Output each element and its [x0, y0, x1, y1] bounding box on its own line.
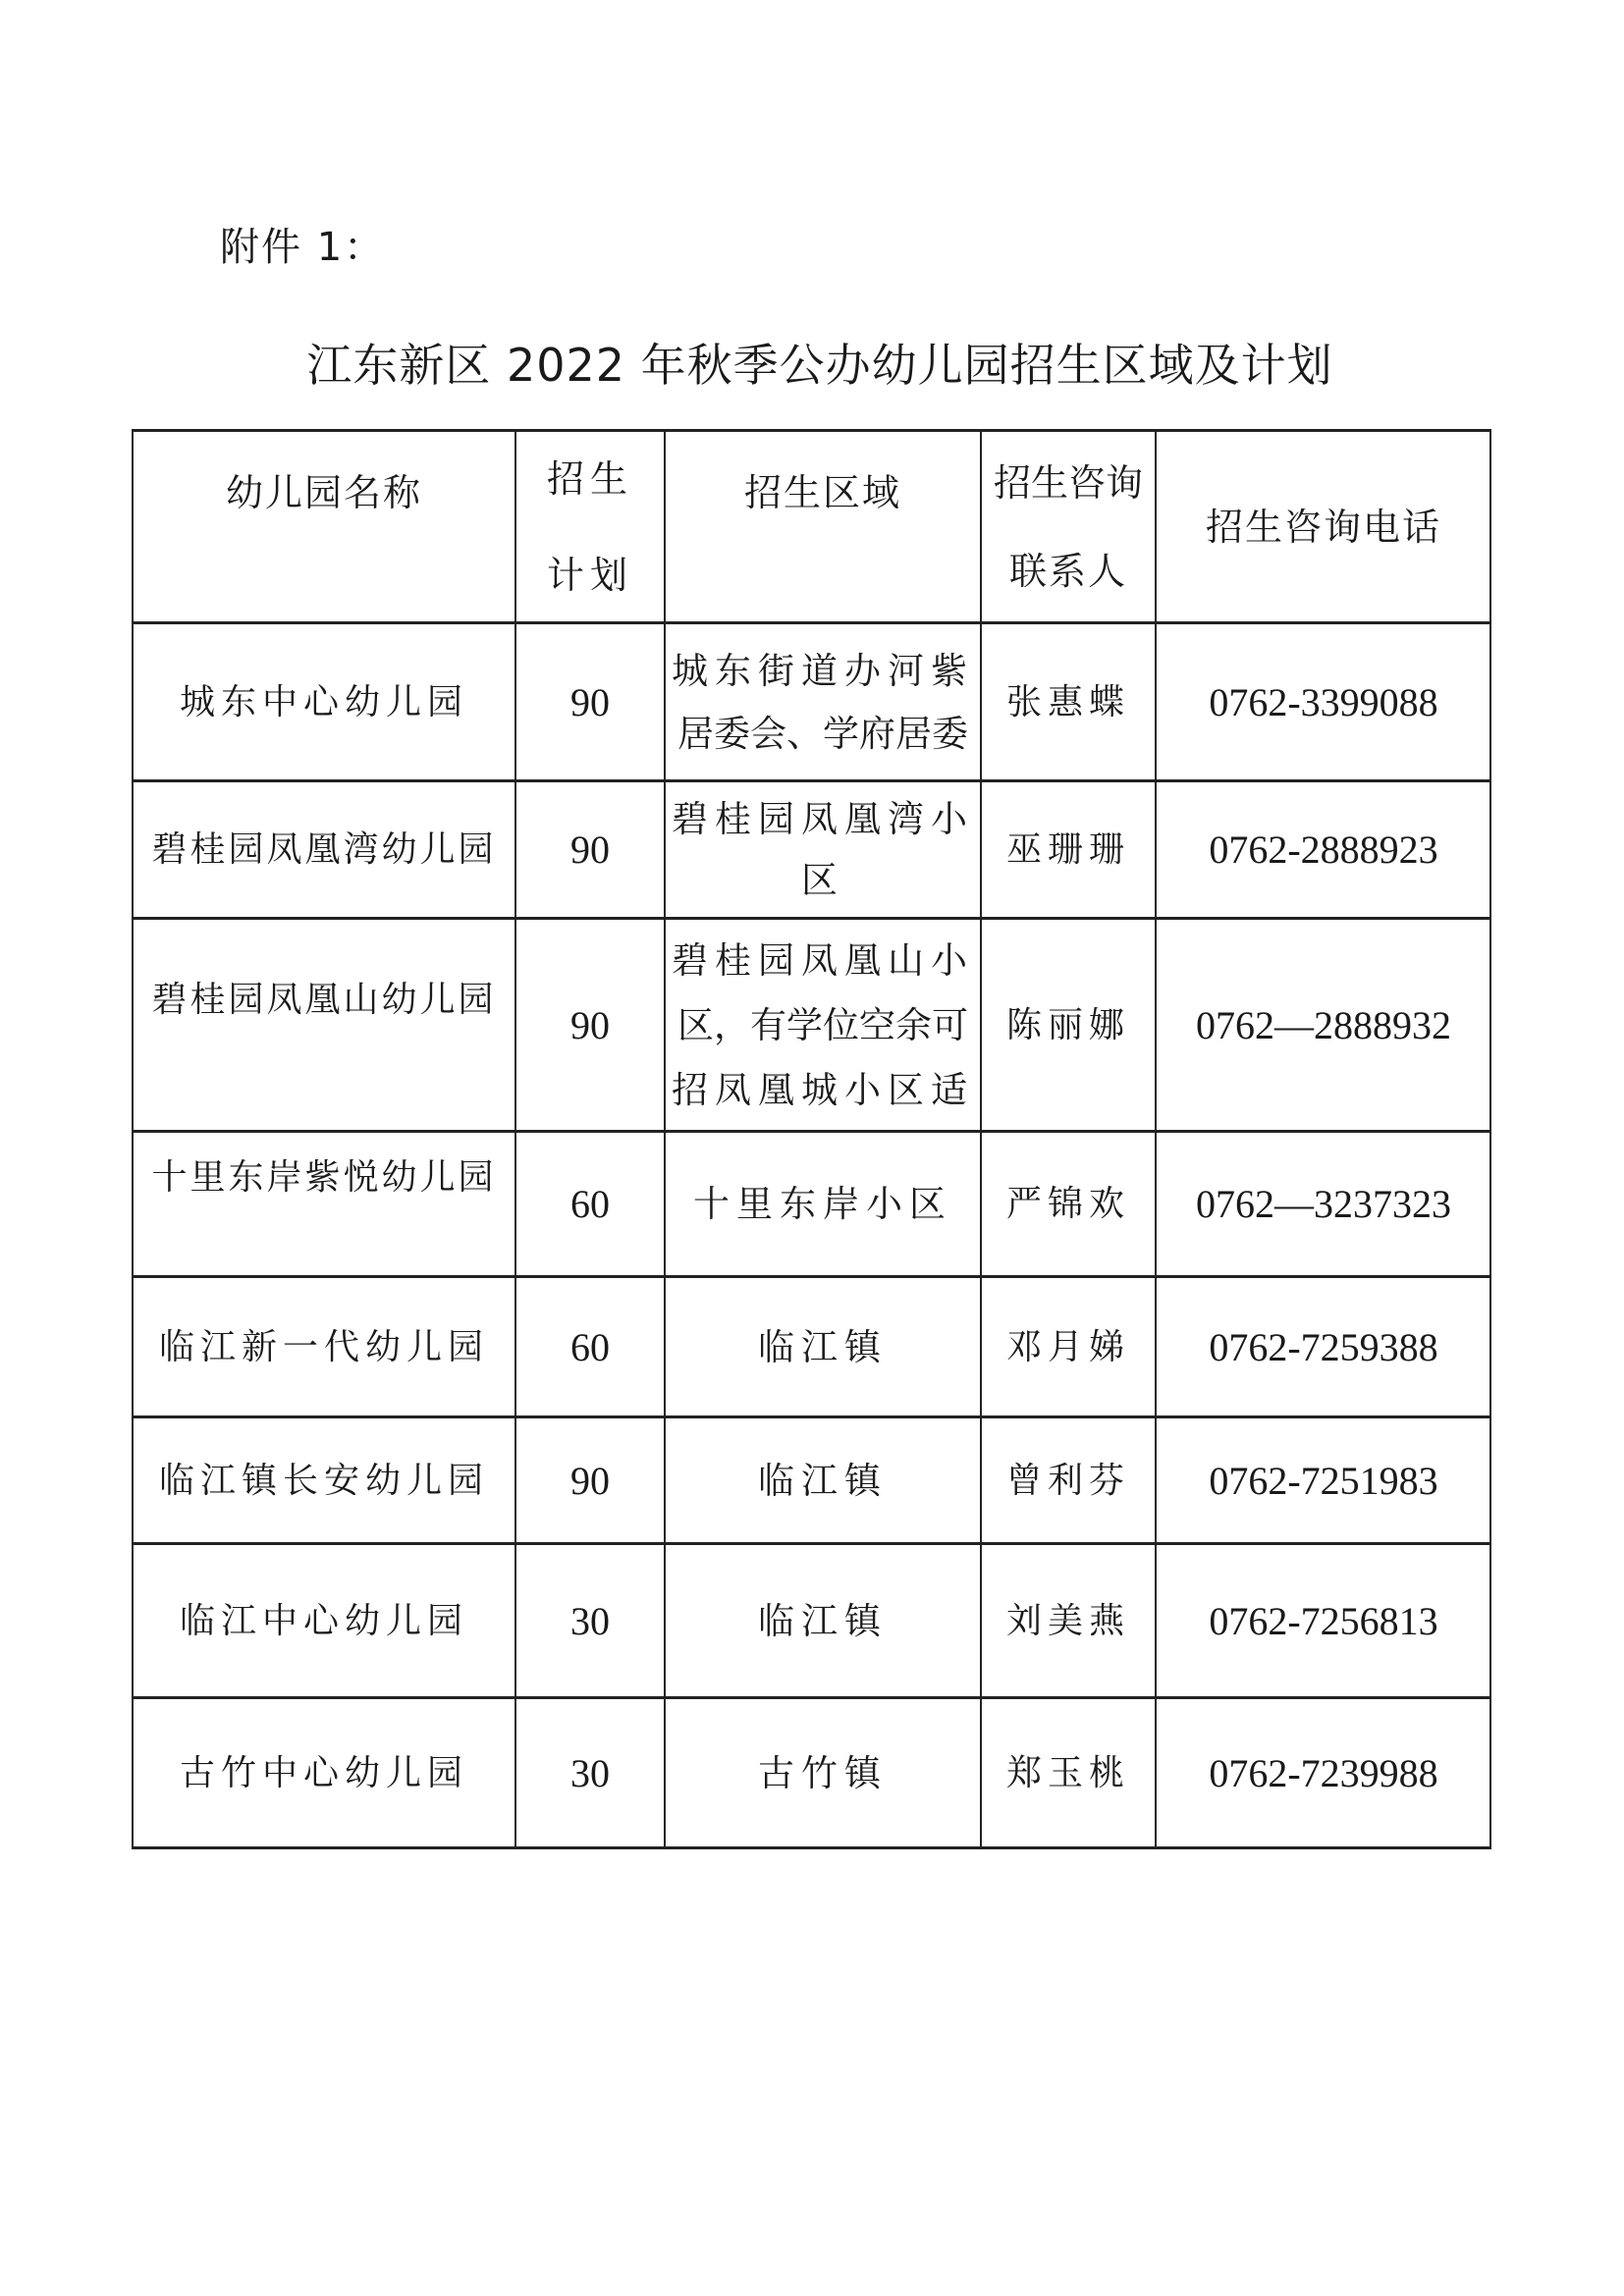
table-row-2-area: 碧桂园凤凰湾小 区 — [666, 782, 980, 918]
enrollment-plan: 90 — [570, 673, 610, 732]
table-row-5-contact: 邓月娣 — [982, 1278, 1155, 1416]
table-row-7-phone: 0762-7256813 — [1157, 1545, 1490, 1697]
area-line: 区，有学位空余可 — [677, 993, 968, 1058]
enrollment-plan: 90 — [570, 1452, 610, 1511]
header-area: 招生区域 — [666, 432, 980, 622]
contact-phone: 0762—3237323 — [1196, 1175, 1451, 1234]
table-row-7-plan: 30 — [516, 1545, 664, 1697]
header-contact-line2: 联系人 — [1009, 527, 1127, 615]
enrollment-plan: 30 — [570, 1592, 610, 1651]
table-row-6-plan: 90 — [516, 1418, 664, 1543]
area-line: 临江镇 — [758, 1589, 888, 1654]
header-phone: 招生咨询电话 — [1157, 432, 1490, 622]
table-row-1-phone: 0762-3399088 — [1157, 624, 1490, 780]
table-row-7-name: 临江中心幼儿园 — [134, 1545, 514, 1697]
contact-phone: 0762—2888932 — [1196, 996, 1451, 1055]
table-row-3-contact: 陈丽娜 — [982, 920, 1155, 1131]
header-area-label: 招生区域 — [744, 461, 901, 524]
area-line: 临江镇 — [758, 1449, 888, 1514]
table-row-6-area: 临江镇 — [666, 1418, 980, 1543]
kindergarten-name: 碧桂园凤凰山幼儿园 — [151, 969, 496, 1032]
kindergarten-name: 碧桂园凤凰湾幼儿园 — [151, 819, 496, 881]
table-row-3-phone: 0762—2888932 — [1157, 920, 1490, 1131]
contact-person: 严锦欢 — [1006, 1173, 1130, 1236]
table-row-2-contact: 巫珊珊 — [982, 782, 1155, 918]
table-row-7-contact: 刘美燕 — [982, 1545, 1155, 1697]
kindergarten-name: 临江镇长安幼儿园 — [159, 1450, 489, 1513]
table-row-6-contact: 曾利芬 — [982, 1418, 1155, 1543]
contact-person: 曾利芬 — [1006, 1450, 1130, 1513]
table-row-1-plan: 90 — [516, 624, 664, 780]
header-contact: 招生咨询 联系人 — [982, 432, 1155, 622]
table-row-7-area: 临江镇 — [666, 1545, 980, 1697]
contact-person: 巫珊珊 — [1006, 819, 1130, 881]
kindergarten-name: 城东中心幼儿园 — [180, 671, 468, 734]
area-line: 碧桂园凤凰湾小 — [672, 789, 974, 850]
table-row-2-phone: 0762-2888923 — [1157, 782, 1490, 918]
table-row-4-phone: 0762—3237323 — [1157, 1133, 1490, 1276]
contact-phone: 0762-7259388 — [1209, 1318, 1437, 1377]
contact-phone: 0762-7256813 — [1209, 1592, 1437, 1651]
contact-person: 刘美燕 — [1006, 1590, 1130, 1653]
enrollment-plan: 90 — [570, 996, 610, 1055]
table-row-6-name: 临江镇长安幼儿园 — [134, 1418, 514, 1543]
table-row-4-plan: 60 — [516, 1133, 664, 1276]
enrollment-plan: 30 — [570, 1744, 610, 1803]
area-line: 区 — [801, 850, 844, 911]
table-row-1-name: 城东中心幼儿园 — [134, 624, 514, 780]
table-row-5-plan: 60 — [516, 1278, 664, 1416]
area-line: 十里东岸小区 — [693, 1172, 952, 1237]
area-line: 古竹镇 — [758, 1741, 888, 1806]
header-plan-line2: 计划 — [547, 527, 633, 623]
table-row-5-area: 临江镇 — [666, 1278, 980, 1416]
enrollment-plan: 60 — [570, 1318, 610, 1377]
area-line: 居委会、学府居委 — [677, 703, 968, 766]
table-row-4-name: 十里东岸紫悦幼儿园 — [134, 1133, 514, 1276]
table-row-3-name: 碧桂园凤凰山幼儿园 — [134, 920, 514, 1131]
table-row-8-area: 古竹镇 — [666, 1699, 980, 1847]
contact-person: 陈丽娜 — [1006, 994, 1130, 1057]
header-plan-line1: 招生 — [547, 431, 633, 527]
header-name-label: 幼儿园名称 — [226, 461, 422, 524]
table-row-1-contact: 张惠蝶 — [982, 624, 1155, 780]
contact-person: 邓月娣 — [1006, 1316, 1130, 1379]
table-row-8-name: 古竹中心幼儿园 — [134, 1699, 514, 1847]
table-row-5-name: 临江新一代幼儿园 — [134, 1278, 514, 1416]
contact-person: 张惠蝶 — [1006, 671, 1130, 734]
table-row-1-area: 城东街道办河紫 居委会、学府居委 — [666, 624, 980, 780]
contact-phone: 0762-2888923 — [1209, 821, 1437, 880]
table-row-8-contact: 郑玉桃 — [982, 1699, 1155, 1847]
header-name: 幼儿园名称 — [134, 432, 514, 622]
header-plan: 招生 计划 — [516, 432, 664, 622]
kindergarten-name: 十里东岸紫悦幼儿园 — [151, 1147, 496, 1209]
table-row-8-plan: 30 — [516, 1699, 664, 1847]
enrollment-table: 幼儿园名称 招生 计划 招生区域 招生咨询 联系人 招生咨询电话 城东中心幼儿园… — [0, 0, 1624, 2296]
header-contact-line1: 招生咨询 — [994, 439, 1143, 527]
table-row-4-contact: 严锦欢 — [982, 1133, 1155, 1276]
enrollment-plan: 90 — [570, 821, 610, 880]
contact-phone: 0762-7239988 — [1209, 1744, 1437, 1803]
kindergarten-name: 临江新一代幼儿园 — [159, 1316, 489, 1379]
area-line: 碧桂园凤凰山小 — [672, 929, 974, 993]
area-line: 招凤凰城小区适 — [672, 1058, 974, 1123]
table-row-2-name: 碧桂园凤凰湾幼儿园 — [134, 782, 514, 918]
contact-phone: 0762-3399088 — [1209, 673, 1437, 732]
area-line: 临江镇 — [758, 1315, 888, 1380]
table-row-3-plan: 90 — [516, 920, 664, 1131]
table-row-5-phone: 0762-7259388 — [1157, 1278, 1490, 1416]
table-row-6-phone: 0762-7251983 — [1157, 1418, 1490, 1543]
contact-phone: 0762-7251983 — [1209, 1452, 1437, 1511]
enrollment-plan: 60 — [570, 1175, 610, 1234]
table-row-2-plan: 90 — [516, 782, 664, 918]
table-row-4-area: 十里东岸小区 — [666, 1133, 980, 1276]
table-row-3-area: 碧桂园凤凰山小 区，有学位空余可 招凤凰城小区适 — [666, 920, 980, 1131]
header-phone-label: 招生咨询电话 — [1206, 496, 1441, 559]
kindergarten-name: 古竹中心幼儿园 — [180, 1742, 468, 1805]
area-line: 城东街道办河紫 — [672, 640, 974, 703]
contact-person: 郑玉桃 — [1006, 1742, 1130, 1805]
kindergarten-name: 临江中心幼儿园 — [180, 1590, 468, 1653]
table-row-8-phone: 0762-7239988 — [1157, 1699, 1490, 1847]
